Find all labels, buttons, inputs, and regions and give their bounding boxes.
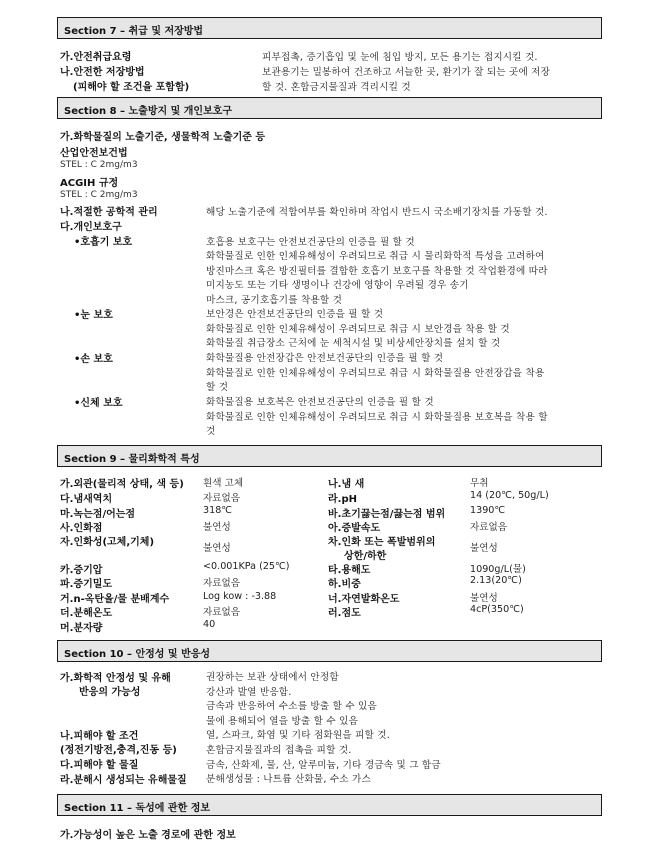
- prop-label: 더.분해온도: [60, 604, 112, 619]
- prop-value: 흰색 고체: [203, 475, 243, 489]
- prop-label: 마.녹는점/어는점: [60, 505, 135, 520]
- section-8-header: Section 8 – 노출방지 및 개인보호구: [57, 97, 602, 119]
- safe-handling-label: 가.안전취급요령: [60, 48, 131, 63]
- section-11-title: Section 11 – 독성에 관한 정보: [64, 799, 210, 814]
- prop-value: 4cP(350℃): [470, 604, 524, 615]
- law1-value: STEL : C 2mg/m3: [60, 160, 138, 170]
- prop-label: 나.냄 새: [328, 475, 364, 490]
- stability-line: 금속과 반응하여 수소를 방출 할 수 있음: [206, 698, 377, 712]
- respiratory-line: 방진마스크 혹은 방진필터를 결합한 호흡기 보호구를 착용할 것 작업환경에 …: [206, 263, 548, 277]
- prop-value: 불연성: [470, 590, 498, 604]
- prop-label: 다.냄새역치: [60, 490, 112, 505]
- section-7-line: 할 것. 혼합금지물질과 격리시킬 것: [262, 79, 411, 93]
- respiratory-line: 마스크, 공기호흡기를 착용할 것: [206, 292, 342, 306]
- law2-label: ACGIH 규정: [60, 174, 118, 189]
- section-7-line: 보관용기는 밀봉하여 건조하고 서늘한 곳, 환기가 잘 되는 곳에 저장: [262, 64, 550, 78]
- eye-line: 화학물질로 인한 인체유해성이 우려되므로 취급 시 보안경을 착용 할 것: [206, 321, 510, 335]
- law1-label: 산업안전보건법: [60, 144, 128, 159]
- prop-label: 카.증기압: [60, 561, 102, 576]
- avoid-materials-text: 금속, 산화제, 물, 산, 알루미늄, 기타 경금속 및 그 합금: [206, 757, 441, 771]
- section-7-header: Section 7 – 취급 및 저장방법: [57, 17, 602, 39]
- prop-value: 40: [203, 619, 215, 630]
- exposure-label: 가.화학물질의 노출기준, 생물학적 노출기준 등: [60, 128, 265, 143]
- engineering-text: 해당 노출기준에 적합여부를 확인하며 작업시 반드시 국소배기장치를 가동할 …: [206, 204, 548, 218]
- prop-label-cont: 상한/하한: [344, 547, 386, 562]
- prop-label: 가.외관(물리적 상태, 색 등): [60, 475, 184, 490]
- respiratory-line: 미지농도 또는 기타 생명이나 건강에 영향이 우려될 경우 송기: [206, 277, 469, 291]
- stability-line: 강산과 발열 반응함.: [206, 684, 292, 698]
- prop-value: <0.001KPa (25℃): [203, 561, 290, 572]
- eye-line: 보안경은 안전보건공단의 인증을 필 할 것: [206, 306, 383, 320]
- stability-line: 권장하는 보관 상태에서 안정함: [206, 669, 339, 683]
- respiratory-label: •호흡기 보호: [74, 233, 132, 248]
- prop-value: 2.13(20℃): [470, 575, 522, 586]
- ppe-label: 다.개인보호구: [60, 218, 122, 233]
- section-8-title: Section 8 – 노출방지 및 개인보호구: [64, 102, 232, 117]
- prop-value: 1090g/L(물): [470, 561, 526, 575]
- prop-value: 불연성: [203, 519, 231, 533]
- decomposition-label: 라.분해시 생성되는 유해물질: [60, 771, 187, 786]
- stability-label: 가.화학적 안정성 및 유해: [60, 669, 171, 684]
- avoid-conditions-label: 나.피해야 할 조건: [60, 727, 138, 742]
- prop-value: 자료없음: [470, 519, 507, 533]
- avoid-line: 혼합금지물질과의 접촉을 피할 것.: [206, 742, 352, 756]
- hand-line: 화학물질용 안전장갑은 안전보건공단의 인증을 필 할 것: [206, 350, 443, 364]
- prop-label: 사.인화점: [60, 519, 102, 534]
- prop-label: 러.점도: [328, 604, 361, 619]
- prop-value: 불연성: [203, 540, 231, 554]
- prop-label: 아.증발속도: [328, 519, 380, 534]
- prop-value: 무취: [470, 475, 489, 489]
- respiratory-line: 화학물질로 인한 인체유해성이 우려되므로 취급 시 물리화학적 특성을 고려하…: [206, 248, 544, 262]
- engineering-label: 나.적절한 공학적 관리: [60, 203, 158, 218]
- respiratory-line: 호흡용 보호구는 안전보건공단의 인증을 필 할 것: [206, 234, 415, 248]
- body-line: 화학물질로 인한 인체유해성이 우려되므로 취급 시 화학물질용 보호복을 착용…: [206, 409, 548, 423]
- prop-label: 라.pH: [328, 490, 357, 505]
- decomposition-text: 분해생성물 : 나트륨 산화물, 수소 가스: [206, 771, 371, 785]
- hand-line: 화학물질로 인한 인체유해성이 우려되므로 취급 시 화학물질용 안전장갑을 착…: [206, 365, 544, 379]
- avoid-conditions-sub: (정전기방전,충격,진동 등): [60, 741, 177, 756]
- stability-label-cont: 반응의 가능성: [79, 683, 140, 698]
- prop-label: 거.n-옥탄올/물 분배계수: [60, 590, 169, 605]
- prop-label: 머.분자량: [60, 619, 102, 634]
- section-10-header: Section 10 – 안정성 및 반응성: [57, 640, 602, 662]
- hand-line: 할 것: [206, 379, 228, 393]
- prop-label: 차.인화 또는 폭발범위의: [328, 533, 435, 548]
- avoid-line: 열, 스파크, 화염 및 기타 점화원을 피할 것.: [206, 727, 390, 741]
- body-line: 것: [206, 423, 215, 437]
- prop-value: 자료없음: [203, 575, 240, 589]
- body-label: •신체 보호: [74, 394, 123, 409]
- prop-value: 14 (20℃, 50g/L): [470, 490, 549, 501]
- section-9-title: Section 9 – 물리화학적 특성: [64, 450, 200, 465]
- prop-value: Log kow : -3.88: [203, 591, 276, 602]
- prop-value: 불연성: [470, 540, 498, 554]
- section-11-header: Section 11 – 독성에 관한 정보: [57, 794, 602, 816]
- prop-value: 자료없음: [203, 490, 240, 504]
- prop-value: 자료없음: [203, 604, 240, 618]
- exposure-route-label: 가.가능성이 높은 노출 경로에 관한 정보: [60, 826, 236, 841]
- prop-label: 너.자연발화온도: [328, 590, 399, 605]
- section-7-title: Section 7 – 취급 및 저장방법: [64, 22, 203, 37]
- prop-value: 318℃: [203, 505, 232, 516]
- body-line: 화학물질용 보호복은 안전보건공단의 인증을 필 할 것: [206, 394, 434, 408]
- prop-label: 바.초기끓는점/끓는점 범위: [328, 505, 445, 520]
- avoid-materials-label: 다.피해야 할 물질: [60, 756, 138, 771]
- prop-value: 1390℃: [470, 505, 505, 516]
- prop-label: 자.인화성(고체,기체): [60, 533, 154, 548]
- eye-line: 화학물질 취급장소 근처에 눈 세척시설 및 비상세안장치를 설치 할 것: [206, 335, 500, 349]
- hand-label: •손 보호: [74, 350, 113, 365]
- prop-label: 파.증기밀도: [60, 575, 112, 590]
- section-7-line: 피부접촉, 증기흡입 및 눈에 침입 방지, 모든 용기는 접지시킬 것.: [262, 49, 538, 63]
- prop-label: 하.비중: [328, 575, 361, 590]
- stability-line: 물에 용해되어 열을 방출 할 수 있음: [206, 713, 358, 727]
- section-9-header: Section 9 – 물리화학적 특성: [57, 445, 602, 467]
- eye-label: •눈 보호: [74, 306, 113, 321]
- law2-value: STEL : C 2mg/m3: [60, 190, 138, 200]
- safe-storage-sub: (피해야 할 조건을 포함함): [73, 78, 189, 93]
- safe-storage-label: 나.안전한 저장방법: [60, 63, 145, 78]
- section-10-title: Section 10 – 안정성 및 반응성: [64, 645, 210, 660]
- prop-label: 타.용해도: [328, 561, 370, 576]
